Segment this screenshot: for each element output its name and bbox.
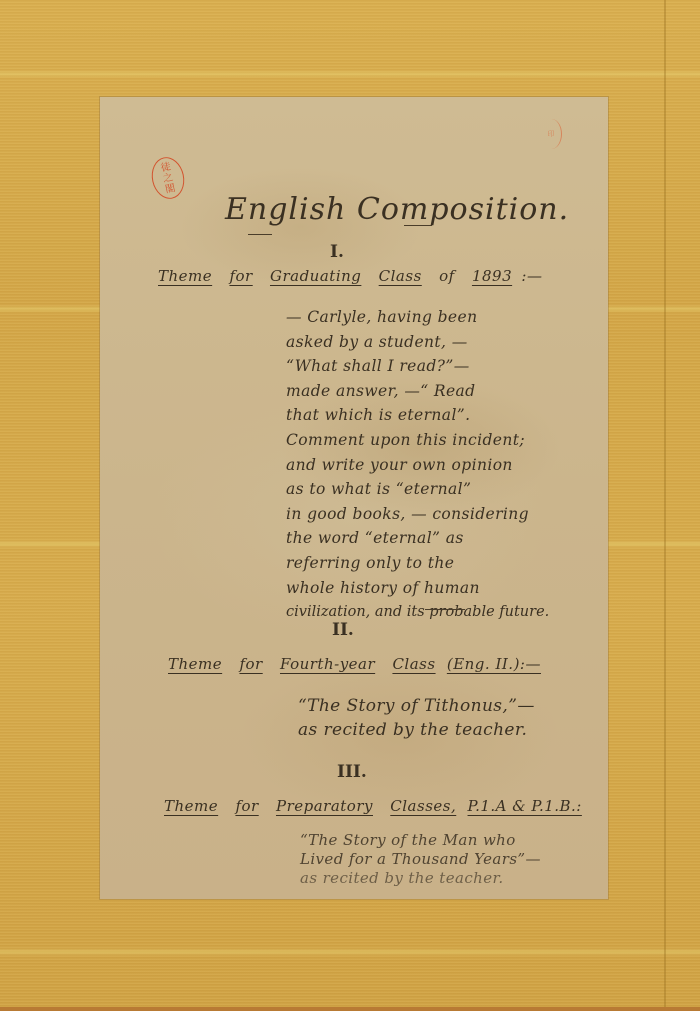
- silk-weave-band: [0, 948, 700, 956]
- manuscript-page: 徒 之 閣 印 English Composition. I. Theme fo…: [100, 97, 608, 899]
- theme-word: of: [439, 267, 455, 285]
- theme-word: for: [239, 655, 262, 673]
- seal-character: 印: [541, 130, 561, 138]
- title-underline: [248, 234, 272, 235]
- section-numeral-3: III.: [337, 762, 367, 782]
- section-2-body: “The Story of Tithonus,”— as recited by …: [298, 694, 535, 742]
- title-underline: [404, 225, 432, 226]
- body-line: and write your own opinion: [286, 453, 549, 478]
- body-line: that which is eternal”.: [286, 403, 549, 428]
- theme-word: for: [229, 267, 252, 285]
- theme-word: Graduating: [270, 267, 361, 285]
- body-line: Lived for a Thousand Years”—: [300, 850, 541, 869]
- theme-word: Class: [392, 655, 435, 673]
- body-line: the word “eternal” as: [286, 526, 549, 551]
- body-line: — Carlyle, having been: [286, 305, 549, 330]
- body-line: as recited by the teacher.: [300, 869, 541, 888]
- theme-word: for: [235, 797, 258, 815]
- theme-word: Preparatory: [276, 797, 373, 815]
- mount-seam: [664, 0, 666, 1011]
- section-2-theme: Theme for Fourth-year Class (Eng. II.):—: [168, 655, 553, 673]
- theme-word: :—: [521, 267, 542, 285]
- red-seal-stamp-right: 印: [541, 119, 562, 149]
- section-1-body: — Carlyle, having been asked by a studen…: [286, 305, 549, 625]
- theme-word: (Eng. II.):—: [447, 655, 541, 673]
- body-line: “The Story of Tithonus,”—: [298, 694, 535, 718]
- silk-weave-band: [0, 70, 700, 78]
- section-numeral-2: II.: [332, 620, 354, 640]
- theme-word: P.1.A & P.1.B.:: [468, 797, 582, 815]
- document-title: English Composition.: [225, 192, 569, 227]
- body-line: referring only to the: [286, 551, 549, 576]
- theme-word: Fourth-year: [280, 655, 375, 673]
- body-line: “The Story of the Man who: [300, 831, 541, 850]
- section-numeral-1: I.: [330, 242, 344, 262]
- theme-word: Theme: [168, 655, 222, 673]
- theme-word: Class: [379, 267, 422, 285]
- mount-bottom-edge: [0, 1007, 700, 1011]
- section-3-theme: Theme for Preparatory Classes, P.1.A & P…: [164, 797, 582, 815]
- theme-word: Theme: [164, 797, 218, 815]
- body-line: civilization, and its probable future.: [286, 600, 549, 625]
- body-line: whole history of human: [286, 576, 549, 601]
- section-3-body: “The Story of the Man who Lived for a Th…: [300, 831, 541, 888]
- body-line: Comment upon this incident;: [286, 428, 549, 453]
- section-divider: [425, 609, 465, 610]
- body-line: asked by a student, —: [286, 330, 549, 355]
- body-line: as to what is “eternal”: [286, 477, 549, 502]
- theme-word: Theme: [158, 267, 212, 285]
- body-line: in good books, — considering: [286, 502, 549, 527]
- theme-word: Classes,: [390, 797, 456, 815]
- red-seal-stamp-left: 徒 之 閣: [148, 154, 188, 202]
- body-line: “What shall I read?”—: [286, 354, 549, 379]
- body-line: as recited by the teacher.: [298, 718, 535, 742]
- body-line: made answer, —“ Read: [286, 379, 549, 404]
- theme-word: 1893: [472, 267, 512, 285]
- section-1-theme: Theme for Graduating Class of 1893 :—: [158, 267, 554, 285]
